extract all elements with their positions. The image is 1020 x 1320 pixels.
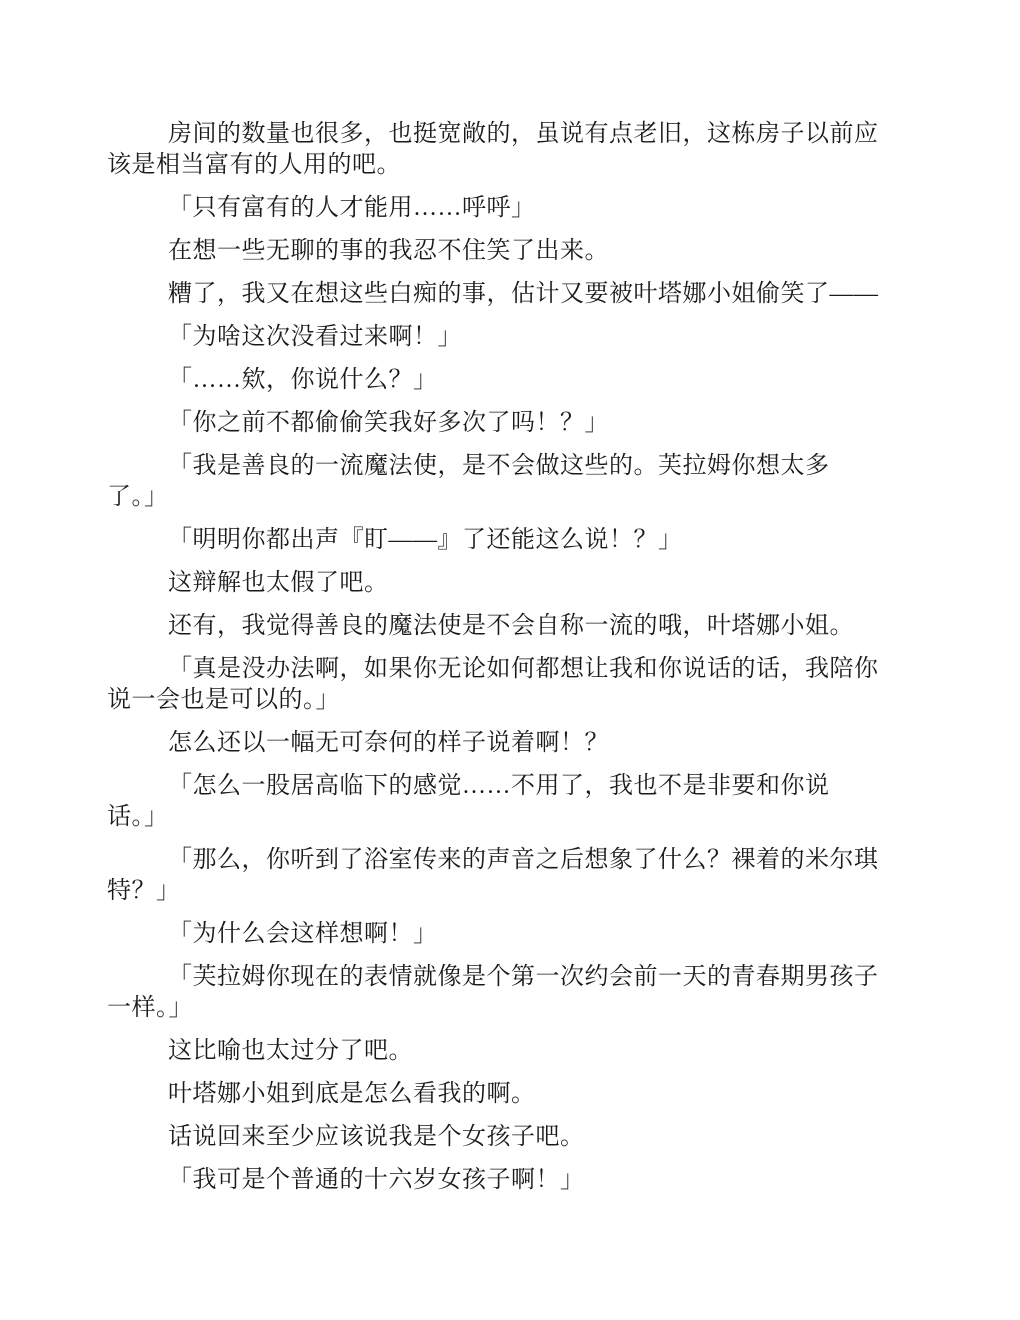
text-line: 这比喻也太过分了吧。 — [107, 1036, 919, 1067]
text-line: 「那么，你听到了浴室传来的声音之后想象了什么？裸着的米尔琪 — [107, 845, 919, 876]
text-line: 话。」 — [107, 802, 919, 833]
text-block: 房间的数量也很多，也挺宽敞的，虽说有点老旧，这栋房子以前应该是相当富有的人用的吧… — [107, 119, 919, 1208]
paragraph: 「我可是个普通的十六岁女孩子啊！」 — [107, 1165, 919, 1196]
text-line: 「为啥这次没看过来啊！」 — [107, 322, 919, 353]
paragraph: 糟了，我又在想这些白痴的事，估计又要被叶塔娜小姐偷笑了—— — [107, 279, 919, 310]
paragraph: 叶塔娜小姐到底是怎么看我的啊。 — [107, 1079, 919, 1110]
paragraph: 在想一些无聊的事的我忍不住笑了出来。 — [107, 236, 919, 267]
text-line: 「我可是个普通的十六岁女孩子啊！」 — [107, 1165, 919, 1196]
text-line: 「只有富有的人才能用……呼呼」 — [107, 193, 919, 224]
text-line: 这辩解也太假了吧。 — [107, 568, 919, 599]
text-line: 「怎么一股居高临下的感觉……不用了，我也不是非要和你说 — [107, 771, 919, 802]
text-line: 「我是善良的一流魔法使，是不会做这些的。芙拉姆你想太多 — [107, 451, 919, 482]
text-line: 「芙拉姆你现在的表情就像是个第一次约会前一天的青春期男孩子 — [107, 962, 919, 993]
paragraph: 「真是没办法啊，如果你无论如何都想让我和你说话的话，我陪你说一会也是可以的。」 — [107, 654, 919, 716]
text-line: 糟了，我又在想这些白痴的事，估计又要被叶塔娜小姐偷笑了—— — [107, 279, 919, 310]
text-line: 「为什么会这样想啊！」 — [107, 919, 919, 950]
paragraph: 「我是善良的一流魔法使，是不会做这些的。芙拉姆你想太多了。」 — [107, 451, 919, 513]
text-line: 「真是没办法啊，如果你无论如何都想让我和你说话的话，我陪你 — [107, 654, 919, 685]
paragraph: 「只有富有的人才能用……呼呼」 — [107, 193, 919, 224]
text-line: 叶塔娜小姐到底是怎么看我的啊。 — [107, 1079, 919, 1110]
paragraph: 这辩解也太假了吧。 — [107, 568, 919, 599]
document-page: 房间的数量也很多，也挺宽敞的，虽说有点老旧，这栋房子以前应该是相当富有的人用的吧… — [0, 0, 1020, 1320]
paragraph: 「明明你都出声『盯——』了还能这么说！？」 — [107, 525, 919, 556]
text-line: 特？」 — [107, 876, 919, 907]
paragraph: 「你之前不都偷偷笑我好多次了吗！？」 — [107, 408, 919, 439]
text-line: 一样。」 — [107, 993, 919, 1024]
paragraph: 「为什么会这样想啊！」 — [107, 919, 919, 950]
paragraph: 怎么还以一幅无可奈何的样子说着啊！？ — [107, 728, 919, 759]
text-line: 说一会也是可以的。」 — [107, 685, 919, 716]
paragraph: 房间的数量也很多，也挺宽敞的，虽说有点老旧，这栋房子以前应该是相当富有的人用的吧… — [107, 119, 919, 181]
paragraph: 「为啥这次没看过来啊！」 — [107, 322, 919, 353]
paragraph: 这比喻也太过分了吧。 — [107, 1036, 919, 1067]
text-line: 怎么还以一幅无可奈何的样子说着啊！？ — [107, 728, 919, 759]
text-line: 「明明你都出声『盯——』了还能这么说！？」 — [107, 525, 919, 556]
paragraph: 「那么，你听到了浴室传来的声音之后想象了什么？裸着的米尔琪特？」 — [107, 845, 919, 907]
text-line: 话说回来至少应该说我是个女孩子吧。 — [107, 1122, 919, 1153]
text-line: 该是相当富有的人用的吧。 — [107, 150, 919, 181]
text-line: 还有，我觉得善良的魔法使是不会自称一流的哦，叶塔娜小姐。 — [107, 611, 919, 642]
text-line: 了。」 — [107, 482, 919, 513]
text-line: 房间的数量也很多，也挺宽敞的，虽说有点老旧，这栋房子以前应 — [107, 119, 919, 150]
text-line: 在想一些无聊的事的我忍不住笑了出来。 — [107, 236, 919, 267]
paragraph: 还有，我觉得善良的魔法使是不会自称一流的哦，叶塔娜小姐。 — [107, 611, 919, 642]
paragraph: 「怎么一股居高临下的感觉……不用了，我也不是非要和你说话。」 — [107, 771, 919, 833]
paragraph: 「芙拉姆你现在的表情就像是个第一次约会前一天的青春期男孩子一样。」 — [107, 962, 919, 1024]
text-line: 「你之前不都偷偷笑我好多次了吗！？」 — [107, 408, 919, 439]
paragraph: 话说回来至少应该说我是个女孩子吧。 — [107, 1122, 919, 1153]
text-line: 「……欸，你说什么？」 — [107, 365, 919, 396]
paragraph: 「……欸，你说什么？」 — [107, 365, 919, 396]
